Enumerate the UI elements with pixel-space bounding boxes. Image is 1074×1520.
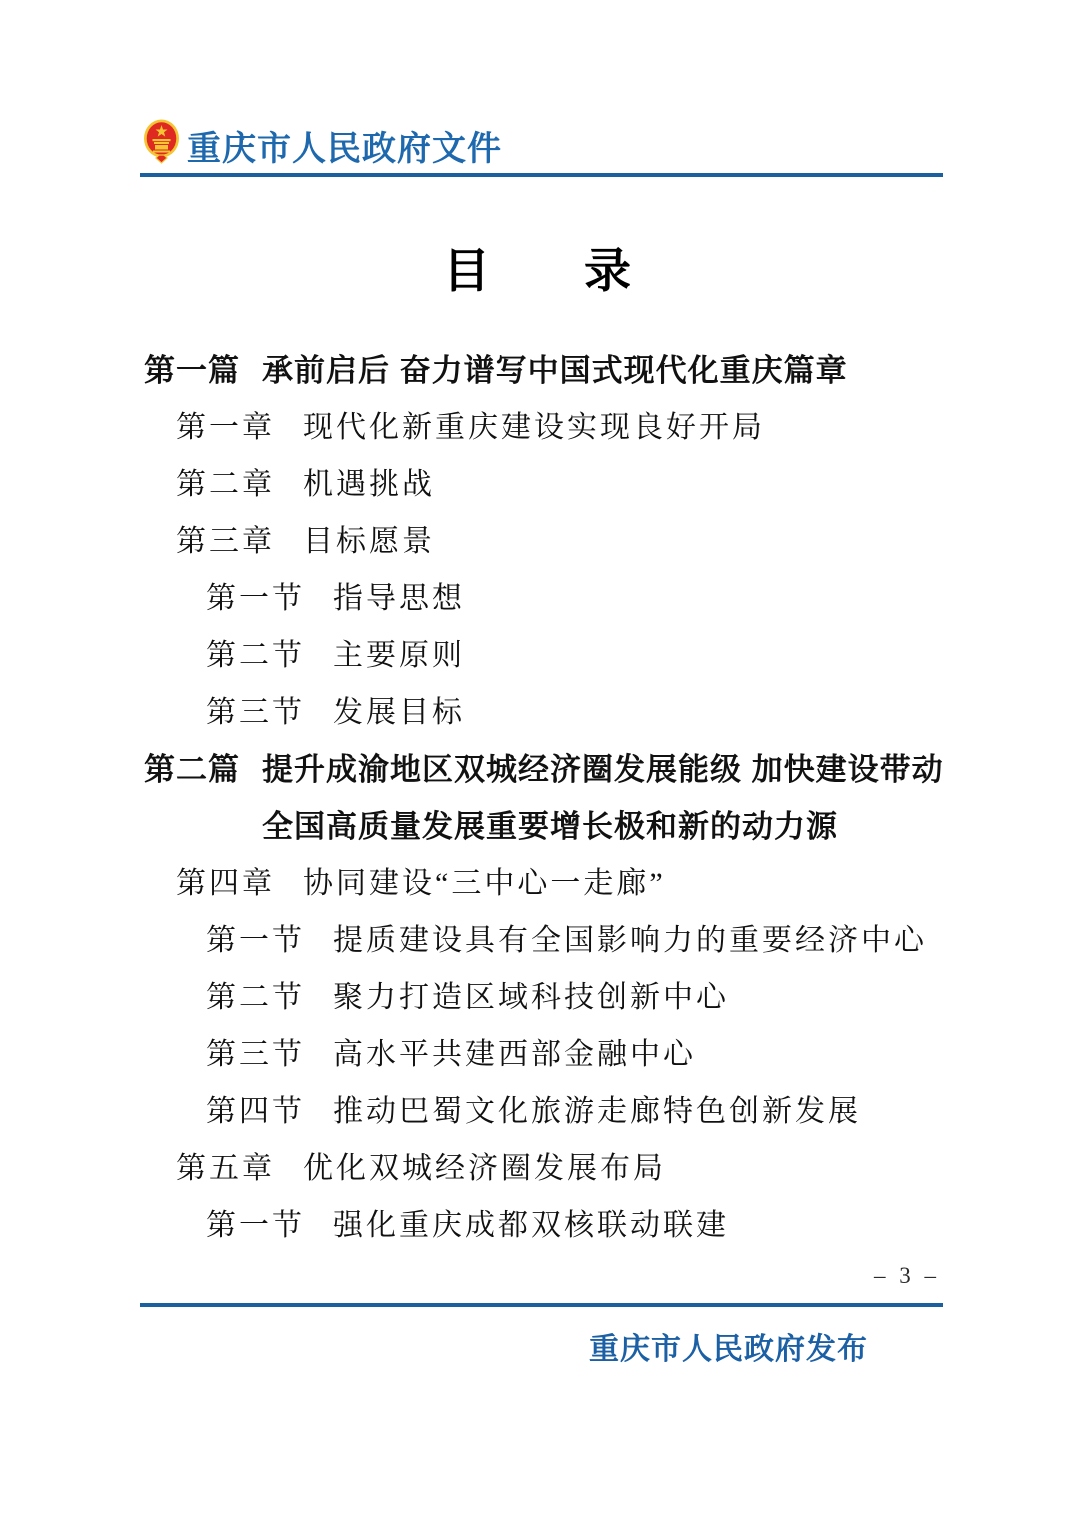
toc-entry-label: 第四章 <box>176 855 275 912</box>
toc-entry-chapter-2: 第二章机遇挑战 <box>140 456 950 513</box>
toc-entry-part-2-continuation: 全国高质量发展重要增长极和新的动力源 <box>140 798 950 855</box>
toc-entry-title: 现代化新重庆建设实现良好开局 <box>303 411 765 444</box>
toc-entry-title: 主要原则 <box>333 639 465 672</box>
toc-entry-title: 发展目标 <box>333 696 465 729</box>
toc-entry-chapter-1: 第一章现代化新重庆建设实现良好开局 <box>140 399 950 456</box>
toc-entry-title: 强化重庆成都双核联动联建 <box>333 1209 729 1242</box>
toc-entry-section: 第二节聚力打造区域科技创新中心 <box>140 969 950 1026</box>
toc-entry-title: 提质建设具有全国影响力的重要经济中心 <box>333 924 927 957</box>
footer-rule-line <box>140 1303 943 1307</box>
table-of-contents: 第一篇承前启后 奋力谱写中国式现代化重庆篇章 第一章现代化新重庆建设实现良好开局… <box>140 342 950 1254</box>
toc-entry-section: 第一节强化重庆成都双核联动联建 <box>140 1197 950 1254</box>
toc-entry-label: 第一节 <box>206 912 305 969</box>
toc-entry-label: 第二章 <box>176 456 275 513</box>
toc-entry-section: 第三节发展目标 <box>140 684 950 741</box>
toc-entry-title: 提升成渝地区双城经济圈发展能级 加快建设带动 <box>262 752 944 787</box>
toc-entry-title: 目标愿景 <box>303 525 435 558</box>
page-number: – 3 – <box>874 1263 940 1289</box>
toc-entry-label: 第五章 <box>176 1140 275 1197</box>
toc-entry-label: 第一节 <box>206 1197 305 1254</box>
toc-entry-title: 机遇挑战 <box>303 468 435 501</box>
toc-entry-label: 第二节 <box>206 969 305 1026</box>
toc-entry-label: 第二篇 <box>144 741 240 798</box>
toc-entry-part-2: 第二篇提升成渝地区双城经济圈发展能级 加快建设带动 <box>140 741 950 798</box>
toc-entry-section: 第二节主要原则 <box>140 627 950 684</box>
toc-entry-label: 第二节 <box>206 627 305 684</box>
toc-entry-label: 第一章 <box>176 399 275 456</box>
toc-entry-label: 第三节 <box>206 1026 305 1083</box>
toc-entry-title: 承前启后 奋力谱写中国式现代化重庆篇章 <box>262 353 848 388</box>
toc-entry-chapter-3: 第三章目标愿景 <box>140 513 950 570</box>
toc-entry-title: 聚力打造区域科技创新中心 <box>333 981 729 1014</box>
footer-publisher: 重庆市人民政府发布 <box>589 1324 868 1368</box>
toc-entry-section: 第四节推动巴蜀文化旅游走廊特色创新发展 <box>140 1083 950 1140</box>
toc-entry-title: 推动巴蜀文化旅游走廊特色创新发展 <box>333 1095 861 1128</box>
toc-entry-title: 指导思想 <box>333 582 465 615</box>
toc-entry-title: 协同建设“三中心一走廊” <box>303 867 666 900</box>
toc-entry-title-continuation: 全国高质量发展重要增长极和新的动力源 <box>262 809 838 844</box>
header-document-type-title: 重庆市人民政府文件 <box>187 121 502 170</box>
document-page: 重庆市人民政府文件 目 录 第一篇承前启后 奋力谱写中国式现代化重庆篇章 第一章… <box>0 0 1074 1520</box>
toc-entry-label: 第三章 <box>176 513 275 570</box>
toc-entry-section: 第一节指导思想 <box>140 570 950 627</box>
header-rule-line <box>140 173 943 177</box>
national-emblem-icon <box>143 119 180 164</box>
toc-entry-label: 第三节 <box>206 684 305 741</box>
page-title: 目 录 <box>0 234 1074 301</box>
toc-entry-title: 高水平共建西部金融中心 <box>333 1038 696 1071</box>
toc-entry-chapter-5: 第五章优化双城经济圈发展布局 <box>140 1140 950 1197</box>
toc-entry-title: 优化双城经济圈发展布局 <box>303 1152 666 1185</box>
toc-entry-label: 第一节 <box>206 570 305 627</box>
toc-entry-label: 第一篇 <box>144 342 240 399</box>
toc-entry-section: 第三节高水平共建西部金融中心 <box>140 1026 950 1083</box>
toc-entry-label: 第四节 <box>206 1083 305 1140</box>
toc-entry-chapter-4: 第四章协同建设“三中心一走廊” <box>140 855 950 912</box>
toc-entry-section: 第一节提质建设具有全国影响力的重要经济中心 <box>140 912 950 969</box>
toc-entry-part-1: 第一篇承前启后 奋力谱写中国式现代化重庆篇章 <box>140 342 950 399</box>
